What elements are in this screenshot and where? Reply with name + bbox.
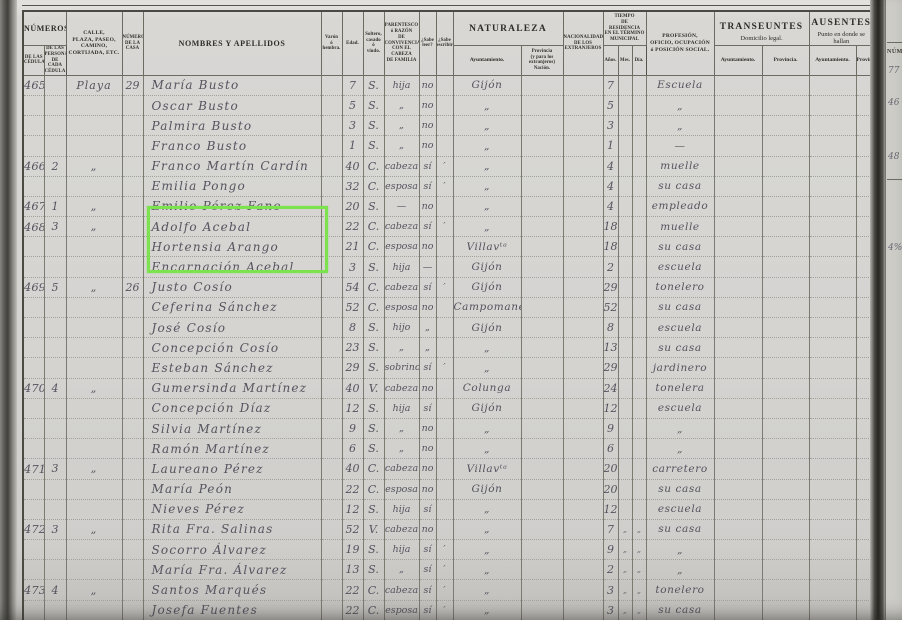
cell-tr-prov: [762, 237, 809, 257]
cell-escribir: ′: [436, 277, 453, 297]
cell-tr-ayto: [714, 358, 762, 378]
cell-personas: [44, 338, 66, 358]
cell-t-dia: [632, 217, 646, 237]
cell-cedula: [23, 297, 44, 317]
cell-tr-ayto: [714, 95, 762, 115]
col-nombres: NOMBRES Y APELLIDOS: [143, 11, 321, 75]
cell-aus-ayto: [809, 116, 856, 136]
cell-cedula: [23, 176, 44, 196]
cell-profesion: escuela: [646, 318, 714, 338]
cell-varon: [321, 318, 342, 338]
cell-calle: [66, 116, 122, 136]
cell-nat-ayto: Gijón: [453, 398, 521, 418]
col-cedulas: DE LAS CÉDULAS: [23, 46, 44, 76]
table-row: Palmira Busto3S.„no„3„: [23, 116, 874, 136]
cell-tr-ayto: [714, 398, 762, 418]
cell-calle: „: [66, 580, 122, 600]
cell-edad: 22: [342, 600, 363, 620]
cell-t-anos: 18: [603, 237, 618, 257]
table-row: Ramón Martínez6S.„no„6„: [23, 439, 874, 459]
cell-t-anos: 3: [603, 116, 618, 136]
col-tr-provincia: Provincia.: [762, 46, 809, 76]
cell-edad: 40: [342, 459, 363, 479]
cell-personas: 4: [44, 378, 66, 398]
cell-leer: „: [419, 338, 436, 358]
table-row: 4662„Franco Martín Cardín40C.cabezasí′„4…: [23, 156, 874, 176]
cell-nat-ayto: „: [453, 439, 521, 459]
cell-nat-ayto: „: [453, 338, 521, 358]
cell-estado: V.: [363, 378, 384, 398]
cell-cedula: 465: [23, 75, 44, 95]
cell-aus-ayto: [809, 196, 856, 216]
cell-nacionalidad: [563, 75, 603, 95]
table-row: 4713„Laureano Pérez40C.cabezanoVillavᵗᵃ2…: [23, 459, 874, 479]
cell-varon: [321, 176, 342, 196]
cell-leer: no: [419, 237, 436, 257]
cell-personas: 3: [44, 459, 66, 479]
cell-estado: C.: [363, 479, 384, 499]
cell-escribir: [436, 398, 453, 418]
cell-profesion: tonelero: [646, 580, 714, 600]
scanned-census-page: NÚMEROS CALLE, PLAZA, PASEO, CAMINO, COR…: [0, 0, 902, 620]
cell-varon: [321, 358, 342, 378]
cell-leer: sí: [419, 580, 436, 600]
cell-casa: [122, 217, 143, 237]
cell-escribir: [436, 459, 453, 479]
census-table-body: 465Playa29María Busto7S.hijanoGijón7Escu…: [23, 75, 874, 620]
cell-personas: 2: [44, 156, 66, 176]
cell-nat-prov: [521, 318, 563, 338]
cell-profesion: Escuela: [646, 75, 714, 95]
cell-t-anos: 2: [603, 257, 618, 277]
cell-aus-ayto: [809, 338, 856, 358]
cell-nat-prov: [521, 560, 563, 580]
table-row: Silvia Martínez9S.„no„9„: [23, 418, 874, 438]
cell-tr-prov: [762, 318, 809, 338]
cell-tr-prov: [762, 196, 809, 216]
cell-estado: S.: [363, 560, 384, 580]
cell-profesion: tonelero: [646, 277, 714, 297]
cell-tr-ayto: [714, 196, 762, 216]
cell-t-mes: [618, 176, 632, 196]
cell-calle: [66, 439, 122, 459]
transeuntes-subtitle: Domicilio legal.: [715, 35, 809, 42]
cell-nombre: Rita Fra. Salinas: [143, 519, 321, 539]
cell-cedula: [23, 136, 44, 156]
cell-parentesco: cabeza: [384, 459, 419, 479]
table-row: 4723„Rita Fra. Salinas52V.cabezano„7„„su…: [23, 519, 874, 539]
cell-edad: 9: [342, 418, 363, 438]
cell-nombre: Concepción Díaz: [143, 398, 321, 418]
cell-personas: [44, 398, 66, 418]
cell-estado: C.: [363, 459, 384, 479]
cell-t-dia: [632, 136, 646, 156]
cell-cedula: [23, 95, 44, 115]
cell-escribir: [436, 479, 453, 499]
ausentes-subtitle: Punto en donde se hallan: [810, 31, 874, 45]
cell-nacionalidad: [563, 217, 603, 237]
cell-escribir: [436, 418, 453, 438]
col-tiempo-anos: Años.: [603, 46, 618, 76]
cell-personas: 4: [44, 580, 66, 600]
cell-escribir: ′: [436, 156, 453, 176]
cell-leer: „: [419, 318, 436, 338]
cell-personas: [44, 176, 66, 196]
cell-t-anos: 52: [603, 297, 618, 317]
cell-t-anos: 1: [603, 136, 618, 156]
cell-profesion: escuela: [646, 398, 714, 418]
cell-profesion: „: [646, 95, 714, 115]
cell-nat-ayto: „: [453, 519, 521, 539]
cell-t-dia: „: [632, 580, 646, 600]
cell-casa: [122, 196, 143, 216]
cell-t-mes: [618, 338, 632, 358]
cell-profesion: jardinero: [646, 358, 714, 378]
cell-nombre: Franco Busto: [143, 136, 321, 156]
cell-casa: [122, 297, 143, 317]
cell-nacionalidad: [563, 499, 603, 519]
cell-casa: 29: [122, 75, 143, 95]
page-gutter-left: [0, 0, 17, 620]
cell-calle: [66, 479, 122, 499]
cell-aus-ayto: [809, 398, 856, 418]
cell-escribir: ′: [436, 217, 453, 237]
cell-nombre: María Fra. Álvarez: [143, 560, 321, 580]
cell-casa: [122, 439, 143, 459]
cell-edad: 12: [342, 398, 363, 418]
cell-nombre: Gumersinda Martínez: [143, 378, 321, 398]
page-binding: [870, 0, 885, 620]
cell-calle: [66, 499, 122, 519]
cell-parentesco: esposa: [384, 600, 419, 620]
cell-escribir: [436, 318, 453, 338]
cell-t-dia: [632, 318, 646, 338]
cell-calle: Playa: [66, 75, 122, 95]
cell-tr-prov: [762, 116, 809, 136]
cell-aus-ayto: [809, 459, 856, 479]
cell-profesion: „: [646, 439, 714, 459]
cell-varon: [321, 95, 342, 115]
table-top-double-rule: [22, 5, 873, 6]
cell-nat-prov: [521, 439, 563, 459]
cell-nombre: Silvia Martínez: [143, 418, 321, 438]
cell-leer: —: [419, 257, 436, 277]
cell-tr-ayto: [714, 459, 762, 479]
cell-cedula: [23, 439, 44, 459]
cell-t-mes: [618, 418, 632, 438]
cell-estado: S.: [363, 116, 384, 136]
cell-parentesco: hijo: [384, 318, 419, 338]
cell-profesion: su casa: [646, 479, 714, 499]
cell-t-anos: 2: [603, 560, 618, 580]
cell-edad: 52: [342, 297, 363, 317]
cell-t-mes: [618, 398, 632, 418]
cell-calle: [66, 136, 122, 156]
cell-t-anos: 6: [603, 439, 618, 459]
cell-leer: sí: [419, 277, 436, 297]
cell-t-anos: 9: [603, 418, 618, 438]
cell-casa: [122, 398, 143, 418]
cell-personas: [44, 358, 66, 378]
cell-nat-prov: [521, 459, 563, 479]
cell-leer: no: [419, 95, 436, 115]
cell-varon: [321, 459, 342, 479]
cell-nacionalidad: [563, 378, 603, 398]
cell-estado: C.: [363, 580, 384, 600]
edge-mark: 4%: [888, 243, 902, 253]
cell-casa: [122, 318, 143, 338]
cell-estado: C.: [363, 237, 384, 257]
cell-t-anos: 3: [603, 580, 618, 600]
cell-t-anos: 12: [603, 499, 618, 519]
cell-profesion: escuela: [646, 257, 714, 277]
cell-leer: sí: [419, 560, 436, 580]
cell-escribir: [436, 116, 453, 136]
cell-casa: [122, 176, 143, 196]
cell-calle: [66, 358, 122, 378]
cell-parentesco: hija: [384, 398, 419, 418]
cell-nacionalidad: [563, 338, 603, 358]
table-row: Concepción Cosío23S.„„„13su casa: [23, 338, 874, 358]
cell-parentesco: esposa: [384, 176, 419, 196]
cell-edad: 21: [342, 237, 363, 257]
cell-nacionalidad: [563, 318, 603, 338]
col-naturaleza: NATURALEZA: [453, 11, 563, 46]
cell-t-dia: [632, 75, 646, 95]
cell-nacionalidad: [563, 277, 603, 297]
cell-t-dia: „: [632, 540, 646, 560]
cell-escribir: [436, 439, 453, 459]
cell-nat-ayto: „: [453, 418, 521, 438]
cell-escribir: ′: [436, 540, 453, 560]
cell-aus-ayto: [809, 378, 856, 398]
table-row: José Cosío8S.hijo„Gijón8escuela: [23, 318, 874, 338]
col-sabe-escribir: ¿Sabe escribir?: [436, 11, 453, 75]
cell-estado: C.: [363, 297, 384, 317]
cell-t-dia: „: [632, 519, 646, 539]
cell-aus-ayto: [809, 176, 856, 196]
cell-tr-prov: [762, 499, 809, 519]
cell-escribir: [436, 378, 453, 398]
cell-nacionalidad: [563, 196, 603, 216]
cell-edad: 20: [342, 196, 363, 216]
cell-t-anos: 29: [603, 277, 618, 297]
cell-nombre: María Busto: [143, 75, 321, 95]
cell-t-dia: [632, 459, 646, 479]
cell-edad: 22: [342, 580, 363, 600]
cell-nacionalidad: [563, 156, 603, 176]
cell-tr-ayto: [714, 338, 762, 358]
cell-cedula: [23, 116, 44, 136]
cell-nacionalidad: [563, 600, 603, 620]
cell-nacionalidad: [563, 459, 603, 479]
cell-parentesco: „: [384, 136, 419, 156]
cell-calle: [66, 176, 122, 196]
cell-nat-ayto: Gijón: [453, 479, 521, 499]
cell-leer: no: [419, 196, 436, 216]
cell-tr-ayto: [714, 318, 762, 338]
cell-t-mes: [618, 156, 632, 176]
cell-calle: „: [66, 459, 122, 479]
cell-parentesco: „: [384, 116, 419, 136]
cell-cedula: [23, 358, 44, 378]
cell-estado: S.: [363, 398, 384, 418]
transeuntes-title: TRANSEUNTES: [720, 22, 803, 32]
col-calle: CALLE, PLAZA, PASEO, CAMINO, CORTIJADA, …: [66, 11, 122, 75]
cell-calle: [66, 237, 122, 257]
col-transeuntes: TRANSEUNTESDomicilio legal.: [714, 11, 809, 46]
cell-cedula: [23, 499, 44, 519]
cell-parentesco: „: [384, 560, 419, 580]
cell-tr-ayto: [714, 378, 762, 398]
cell-t-mes: [618, 75, 632, 95]
cell-profesion: —: [646, 136, 714, 156]
table-row: Oscar Busto5S.„no„5„: [23, 95, 874, 115]
col-profesion: PROFESIÓN, OFICIO, OCUPACIÓN ó POSICIÓN …: [646, 11, 714, 75]
cell-aus-ayto: [809, 277, 856, 297]
cell-casa: [122, 499, 143, 519]
cell-nat-ayto: Gijón: [453, 257, 521, 277]
cell-t-mes: „: [618, 560, 632, 580]
cell-varon: [321, 479, 342, 499]
cell-leer: no: [419, 297, 436, 317]
cell-profesion: su casa: [646, 237, 714, 257]
table-row: 4734„Santos Marqués22C.cabezasí′„3„„tone…: [23, 580, 874, 600]
table-row: 4704„Gumersinda Martínez40V.cabezanoColu…: [23, 378, 874, 398]
cell-cedula: 470: [23, 378, 44, 398]
cell-t-mes: [618, 95, 632, 115]
cell-escribir: ′: [436, 176, 453, 196]
cell-casa: [122, 136, 143, 156]
cell-varon: [321, 540, 342, 560]
cell-t-mes: [618, 479, 632, 499]
cell-t-dia: [632, 338, 646, 358]
cell-estado: S.: [363, 318, 384, 338]
cell-t-mes: „: [618, 540, 632, 560]
cell-t-anos: 9: [603, 540, 618, 560]
cell-t-mes: [618, 217, 632, 237]
cell-nacionalidad: [563, 418, 603, 438]
cell-varon: [321, 580, 342, 600]
col-tiempo-dia: Día.: [632, 46, 646, 76]
cell-nacionalidad: [563, 519, 603, 539]
cell-nacionalidad: [563, 580, 603, 600]
cell-parentesco: cabeza: [384, 156, 419, 176]
cell-nat-prov: [521, 297, 563, 317]
cell-cedula: 473: [23, 580, 44, 600]
cell-varon: [321, 439, 342, 459]
col-estado: Soltero, casado ó viudo.: [363, 11, 384, 75]
cell-parentesco: hija: [384, 499, 419, 519]
col-edad: Edad.: [342, 11, 363, 75]
cell-tr-prov: [762, 176, 809, 196]
cell-nacionalidad: [563, 116, 603, 136]
cell-aus-ayto: [809, 75, 856, 95]
cell-calle: „: [66, 519, 122, 539]
cell-cedula: [23, 257, 44, 277]
cell-nat-prov: [521, 479, 563, 499]
cell-t-mes: [618, 237, 632, 257]
cell-t-mes: [618, 257, 632, 277]
cell-tr-prov: [762, 580, 809, 600]
cell-aus-ayto: [809, 479, 856, 499]
cell-t-anos: 4: [603, 176, 618, 196]
cell-calle: „: [66, 196, 122, 216]
cell-varon: [321, 499, 342, 519]
cell-nat-ayto: „: [453, 176, 521, 196]
cell-t-mes: [618, 378, 632, 398]
col-tiempo-mes: Mes.: [618, 46, 632, 76]
cell-calle: [66, 338, 122, 358]
table-row: Nieves Pérez12S.hijasí„12escuela: [23, 499, 874, 519]
cell-t-anos: 5: [603, 95, 618, 115]
cell-nat-ayto: „: [453, 217, 521, 237]
cell-nacionalidad: [563, 398, 603, 418]
cell-varon: [321, 560, 342, 580]
cell-parentesco: hija: [384, 540, 419, 560]
cell-casa: 26: [122, 277, 143, 297]
cell-edad: 3: [342, 116, 363, 136]
cell-profesion: „: [646, 418, 714, 438]
cell-nat-prov: [521, 237, 563, 257]
cell-edad: 23: [342, 338, 363, 358]
cell-nat-prov: [521, 176, 563, 196]
cell-estado: C.: [363, 277, 384, 297]
cell-nacionalidad: [563, 95, 603, 115]
cell-personas: [44, 75, 66, 95]
cell-cedula: [23, 560, 44, 580]
cell-tr-ayto: [714, 297, 762, 317]
cell-profesion: su casa: [646, 297, 714, 317]
cell-casa: [122, 257, 143, 277]
cell-nat-ayto: Villavᵗᵃ: [453, 237, 521, 257]
cell-nat-prov: [521, 499, 563, 519]
cell-escribir: [436, 237, 453, 257]
cell-varon: [321, 600, 342, 620]
cell-casa: [122, 378, 143, 398]
cell-nat-prov: [521, 257, 563, 277]
cell-calle: [66, 418, 122, 438]
cell-nat-prov: [521, 95, 563, 115]
cell-nacionalidad: [563, 560, 603, 580]
cell-leer: no: [419, 519, 436, 539]
cell-t-dia: [632, 196, 646, 216]
cell-nacionalidad: [563, 257, 603, 277]
cell-cedula: 472: [23, 519, 44, 539]
cell-edad: 8: [342, 318, 363, 338]
cell-calle: [66, 297, 122, 317]
cell-tr-prov: [762, 398, 809, 418]
cell-personas: [44, 560, 66, 580]
cell-nacionalidad: [563, 479, 603, 499]
cell-tr-ayto: [714, 217, 762, 237]
cell-cedula: [23, 600, 44, 620]
cell-tr-ayto: [714, 156, 762, 176]
cell-t-dia: [632, 378, 646, 398]
cell-profesion: su casa: [646, 519, 714, 539]
table-row: María Fra. Álvarez13S.„sí′„2„„„: [23, 560, 874, 580]
cell-leer: sí: [419, 358, 436, 378]
cell-aus-ayto: [809, 95, 856, 115]
col-personas: DE LAS PERSONAS DE CADA CÉDULA: [44, 46, 66, 76]
cell-varon: [321, 297, 342, 317]
cell-parentesco: sobrino: [384, 358, 419, 378]
cell-escribir: ′: [436, 600, 453, 620]
cell-personas: [44, 499, 66, 519]
cell-parentesco: esposa: [384, 297, 419, 317]
cell-t-anos: 4: [603, 196, 618, 216]
cell-t-dia: [632, 237, 646, 257]
